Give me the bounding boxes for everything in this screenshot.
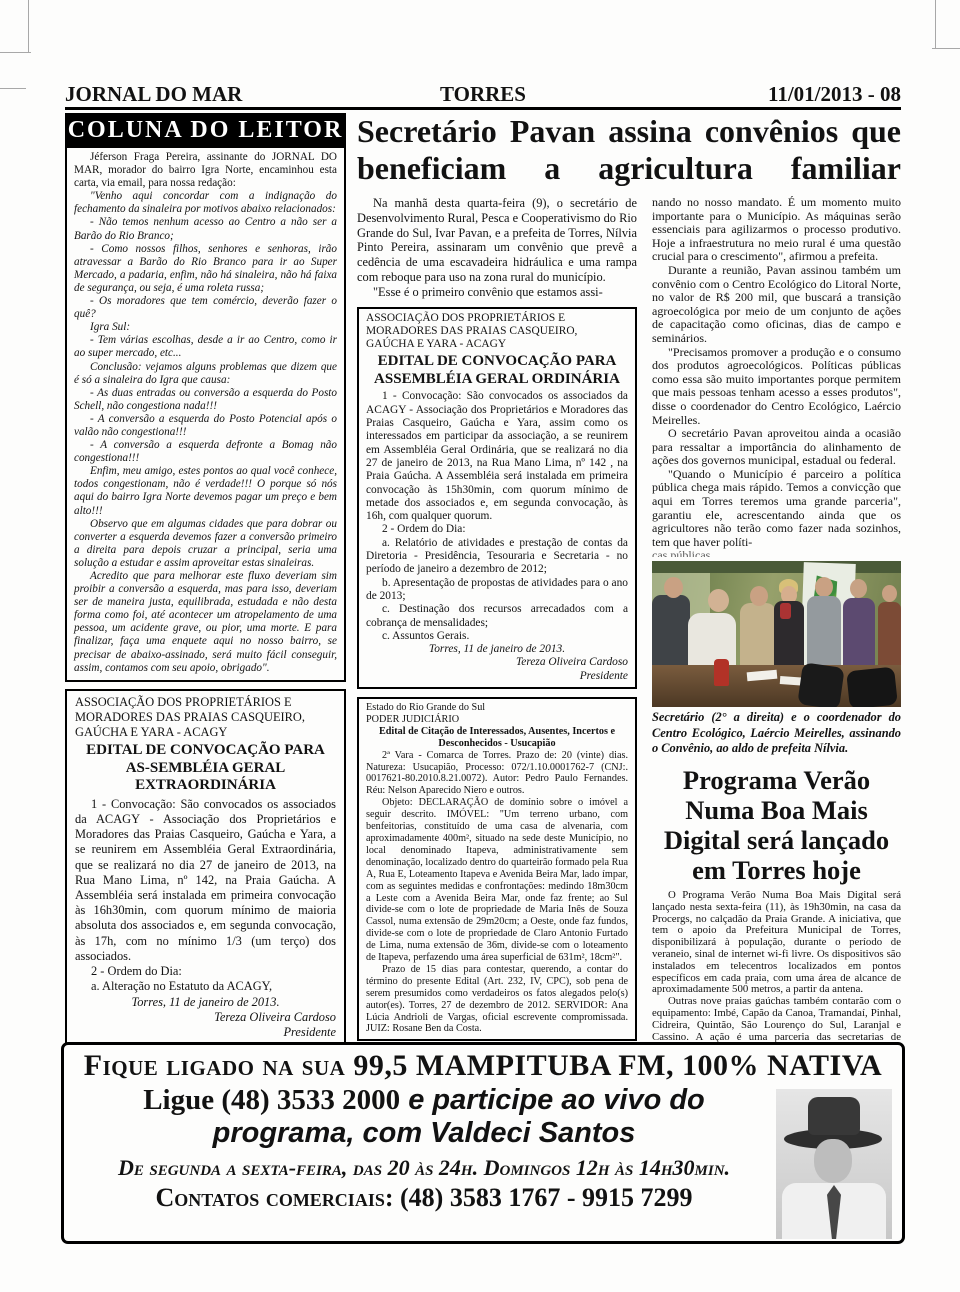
paragraph: ASSOCIAÇÃO DOS PROPRIETÁRIOS E bbox=[75, 695, 336, 710]
city-name: TORRES bbox=[440, 82, 526, 107]
paragraph: - A conversão a esquerda do Posto Potenc… bbox=[74, 413, 337, 439]
paragraph: Tereza Oliveira Cardoso bbox=[366, 656, 628, 669]
person-tan bbox=[740, 603, 776, 667]
ad-contacts-phones: (48) 3583 1767 - 9915 7299 bbox=[400, 1183, 692, 1212]
paragraph: Jéferson Fraga Pereira, assinante do JOR… bbox=[74, 151, 337, 190]
signing-ceremony-photo bbox=[652, 561, 901, 707]
reader-column-header: COLUNA DO LEITOR bbox=[67, 115, 344, 148]
right-column: nando no nosso mandato. É um momento mui… bbox=[643, 193, 901, 1043]
paragraph: Edital de Citação de Interessados, Ausen… bbox=[366, 726, 628, 750]
ad-line-2: Ligue (48) 3533 2000 e participe ao vivo… bbox=[64, 1084, 784, 1117]
paragraph: Torres, 11 de janeiro de 2013. bbox=[366, 643, 628, 656]
ad-schedule: De segunda a sexta-feira, das 20 às 24h.… bbox=[64, 1155, 784, 1181]
host-face bbox=[814, 1139, 852, 1183]
paragraph: EDITAL DE CONVOCAÇÃO PARA AS-SEMBLÉIA GE… bbox=[75, 742, 336, 795]
paragraph: - As duas entradas ou conversão a esquer… bbox=[74, 387, 337, 413]
paragraph: Enfim, meu amigo, estes pontos ao qual v… bbox=[74, 465, 337, 517]
reader-letter-body: Jéferson Fraga Pereira, assinante do JOR… bbox=[67, 148, 344, 680]
paragraph: Igra Sul: bbox=[74, 321, 337, 334]
ad-contacts-label: Contatos comerciais: bbox=[156, 1183, 400, 1212]
edital-extraordinaria-box: ASSOCIAÇÃO DOS PROPRIETÁRIOS EMORADORES … bbox=[65, 689, 346, 1043]
middle-column: Na manhã desta quarta-feira (9), o secre… bbox=[346, 193, 643, 1043]
paragraph: - A conversão a esquerda defronte a Boma… bbox=[74, 439, 337, 465]
radio-ad-banner: Fique ligado na sua 99,5 MAMPITUBA FM, 1… bbox=[61, 1042, 905, 1244]
paragraph: Conclusão: vejamos alguns problemas que … bbox=[74, 361, 337, 387]
paragraph: - Como nossos filhos, senhores e senhora… bbox=[74, 243, 337, 295]
paragraph: Durante a reunião, Pavan assinou também … bbox=[652, 264, 901, 346]
crop-mark bbox=[28, 0, 29, 52]
masthead: JORNAL DO MAR TORRES 11/01/2013 - 08 bbox=[65, 82, 901, 107]
paragraph: Torres, 11 de janeiro de 2013. bbox=[75, 995, 336, 1010]
paragraph: Outras nove praias gaúchas também contar… bbox=[652, 996, 901, 1043]
crop-mark bbox=[935, 0, 936, 48]
paragraph: - Os moradores que tem comércio, deverão… bbox=[74, 295, 337, 321]
paragraph: Estado do Rio Grande do Sul bbox=[366, 702, 628, 714]
paragraph: EDITAL DE CONVOCAÇÃO PARA ASSEMBLÉIA GER… bbox=[366, 353, 628, 388]
paragraph: 2 - Ordem do Dia: bbox=[366, 523, 628, 536]
paragraph: O secretário Pavan aproveitou ainda a oc… bbox=[652, 427, 901, 468]
paragraph: Na manhã desta quarta-feira (9), o secre… bbox=[357, 196, 637, 285]
crop-mark bbox=[0, 52, 31, 53]
secondary-headline: Programa Verão Numa Boa Mais Digital ser… bbox=[652, 765, 901, 885]
radio-host-photo bbox=[776, 1089, 892, 1239]
judicial-edital-box: Estado do Rio Grande do SulPODER JUDICIÁ… bbox=[357, 697, 637, 1041]
ad-contacts: Contatos comerciais: (48) 3583 1767 - 99… bbox=[64, 1183, 784, 1213]
person-white-shirt-head bbox=[708, 589, 729, 612]
ad-participate-text: e participe ao vivo do bbox=[400, 1084, 705, 1116]
ad-line-1: Fique ligado na sua 99,5 MAMPITUBA FM, 1… bbox=[64, 1049, 902, 1083]
person-brown-head bbox=[882, 585, 897, 602]
left-column: COLUNA DO LEITOR Jéferson Fraga Pereira,… bbox=[65, 113, 346, 1043]
paragraph: Acredito que para melhorar este fluxo de… bbox=[74, 570, 337, 675]
paragraph: "Quando o Município é parceiro a polític… bbox=[652, 468, 901, 550]
paragraph: "Venho aqui concordar com a indignação d… bbox=[74, 190, 337, 216]
paragraph: GAÚCHA E YARA - ACAGY bbox=[366, 338, 628, 351]
reader-letter-box: COLUNA DO LEITOR Jéferson Fraga Pereira,… bbox=[65, 113, 346, 682]
paragraph: nando no nosso mandato. É um momento mui… bbox=[652, 196, 901, 264]
ad-station-name: 99,5 MAMPITUBA FM, 100% NATIVA bbox=[353, 1049, 882, 1082]
ad-line-1-smallcaps: Fique ligado na sua bbox=[84, 1049, 354, 1082]
page-content: COLUNA DO LEITOR Jéferson Fraga Pereira,… bbox=[65, 113, 901, 1043]
host-hat-crown bbox=[808, 1097, 860, 1135]
paragraph: 1 - Convocação: São convocados os associ… bbox=[75, 797, 336, 964]
paragraph: b. Apresentação de propostas de atividad… bbox=[366, 577, 628, 604]
main-article-column1: Na manhã desta quarta-feira (9), o secre… bbox=[357, 196, 637, 300]
paragraph: "Esse é o primeiro convênio que estamos … bbox=[357, 285, 637, 300]
main-headline: Secretário Pavan assina convênios que be… bbox=[346, 113, 901, 193]
masthead-rule bbox=[65, 107, 901, 110]
clipped-text-line: cas públicas bbox=[652, 549, 901, 557]
paragraph: Observo que em algumas cidades que para … bbox=[74, 518, 337, 570]
paragraph: GAÚCHA E YARA - ACAGY bbox=[75, 725, 336, 740]
person-purple-body bbox=[843, 598, 875, 674]
crop-mark bbox=[0, 88, 26, 89]
paragraph: - Tem várias escolhas, desde a ir ao Cen… bbox=[74, 334, 337, 360]
paragraph: Prazo de 15 dias para contestar, querend… bbox=[366, 964, 628, 1035]
paragraph: Objeto: DECLARAÇÃO de domínio sobre o im… bbox=[366, 797, 628, 964]
paragraph: c. Assuntos Gerais. bbox=[366, 630, 628, 643]
person-woman-scarf bbox=[780, 603, 791, 619]
person-purple-head bbox=[850, 579, 867, 598]
person-suit bbox=[652, 595, 690, 673]
ad-line-3: programa, com Valdeci Santos bbox=[64, 1117, 784, 1150]
paragraph: MORADORES DAS PRAIAS CASQUEIRO, bbox=[75, 710, 336, 725]
paragraph: 2ª Vara - Comarca de Torres. Prazo de: 2… bbox=[366, 750, 628, 798]
paragraph: Presidente bbox=[366, 670, 628, 683]
date-page-number: 11/01/2013 - 08 bbox=[526, 82, 901, 107]
paragraph: c. Destinação dos recursos arrecadados c… bbox=[366, 603, 628, 630]
photo-thermos bbox=[714, 659, 729, 686]
paragraph: 2 - Ordem do Dia: bbox=[75, 964, 336, 979]
photo-caption: Secretário (2° a direita) e o coordenado… bbox=[652, 710, 901, 756]
paragraph: PODER JUDICIÁRIO bbox=[366, 714, 628, 726]
paragraph: "Precisamos promover a produção e o cons… bbox=[652, 346, 901, 428]
newspaper-title: JORNAL DO MAR bbox=[65, 82, 440, 107]
paragraph: O Programa Verão Numa Boa Mais Digital s… bbox=[652, 890, 901, 996]
photo-wall-beam bbox=[652, 561, 901, 573]
paragraph: a. Relatório de atividades e prestação d… bbox=[366, 537, 628, 577]
paragraph: MORADORES DAS PRAIAS CASQUEIRO, bbox=[366, 325, 628, 338]
ad-text-block: Ligue (48) 3533 2000 e participe ao vivo… bbox=[64, 1084, 784, 1213]
paragraph: 1 - Convocação: São convocados os associ… bbox=[366, 390, 628, 523]
paragraph: a. Alteração no Estatuto da ACAGY, bbox=[75, 979, 336, 994]
paragraph: ASSOCIAÇÃO DOS PROPRIETÁRIOS E bbox=[366, 312, 628, 325]
paragraph: Presidente bbox=[75, 1025, 336, 1040]
secondary-article: O Programa Verão Numa Boa Mais Digital s… bbox=[652, 890, 901, 1043]
newspaper-page: JORNAL DO MAR TORRES 11/01/2013 - 08 COL… bbox=[0, 0, 960, 1292]
paragraph: - Não temos nenhum acesso ao Centro a nã… bbox=[74, 216, 337, 242]
paragraph: Tereza Oliveira Cardoso bbox=[75, 1010, 336, 1025]
main-article-column2: nando no nosso mandato. É um momento mui… bbox=[652, 196, 901, 549]
crop-mark bbox=[932, 48, 960, 49]
person-gray-body bbox=[807, 596, 841, 670]
photo-chair bbox=[846, 667, 898, 707]
edital-ordinaria-box: ASSOCIAÇÃO DOS PROPRIETÁRIOS EMORADORES … bbox=[357, 307, 637, 689]
ad-phone-call: Ligue (48) 3533 2000 bbox=[143, 1084, 400, 1116]
photo-chair bbox=[797, 663, 844, 708]
